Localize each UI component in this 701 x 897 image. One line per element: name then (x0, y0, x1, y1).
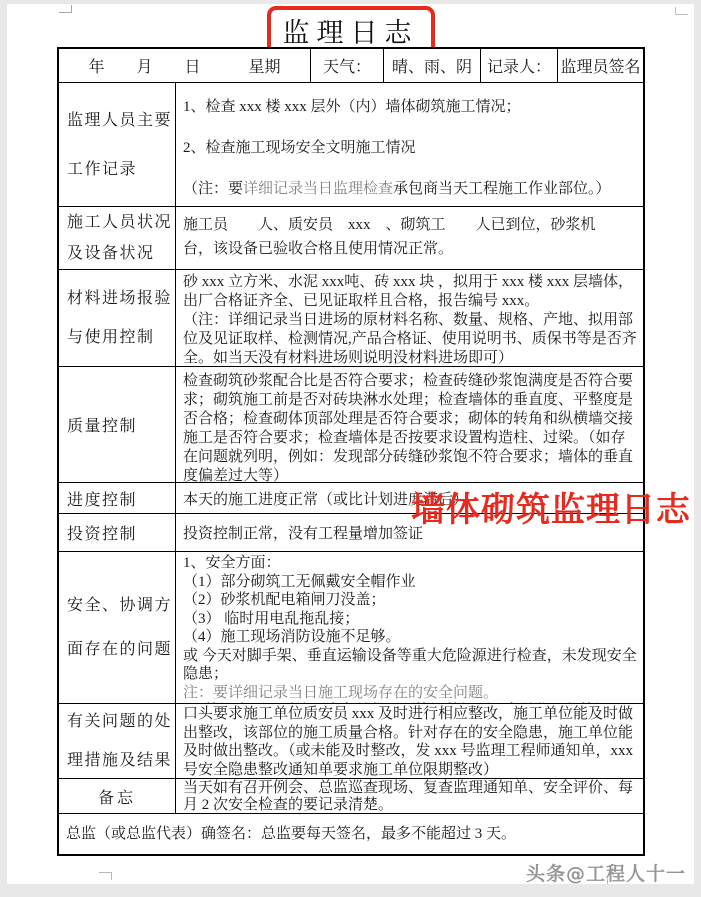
row-label-line: 安全、协调方 (67, 584, 175, 628)
row-content: 砂 xxx 立方米、水泥 xxx吨、砖 xxx 块 ，拟用于 xxx 楼 xxx… (176, 270, 643, 366)
row-content: 1、安全方面： （1）部分砌筑工无佩戴安全帽作业 （2）砂浆机配电箱闸刀没盖； … (176, 552, 643, 703)
materials-text: 砂 xxx 立方米、水泥 xxx吨、砖 xxx 块 ，拟用于 xxx 楼 xxx… (183, 274, 633, 309)
safety-line: （2）砂浆机配电箱闸刀没盖； (183, 591, 638, 610)
safety-line: 2、协调方面：对施工中各单位需要协调的问题，各单位已经协调一致。 (183, 702, 638, 703)
row-label-line: 有关问题的处 (67, 704, 175, 741)
recorder-label-cell: 记录人： (481, 49, 558, 82)
record-item: 1、检查 xxx 楼 xxx 层外（内）墙体砌筑施工情况； (183, 85, 638, 126)
safety-line: 1、安全方面： (183, 554, 638, 573)
weather-value-cell: 晴、雨、阴 (384, 49, 481, 82)
row-label-line: 面存在的问题 (67, 628, 175, 672)
safety-line: （4）施工现场消防设施不足够。 (183, 628, 638, 647)
table-row-supervisor-record: 监理人员主要 工作记录 1、检查 xxx 楼 xxx 层外（内）墙体砌筑施工情况… (59, 83, 643, 207)
record-note: （注：要详细记录当日监理检查承包商当天工程施工作业部位。） (183, 167, 638, 206)
safety-note-gray: 注：要详细记录当日施工现场存在的安全问题。 (183, 684, 638, 703)
page-title: 监理日志 (283, 18, 419, 48)
row-label-line: 工作记录 (67, 145, 175, 194)
table-row-measures-results: 有关问题的处 理措施及结果 口头要求施工单位质安员 xxx 及时进行相应整改，施… (59, 704, 643, 779)
row-label: 有关问题的处 理措施及结果 (59, 704, 176, 778)
supervision-log-table: 年 月 日 星期 天气： 晴、雨、阴 记录人： 监理员签名 监理人员主要 工作记… (57, 47, 645, 856)
safety-line: （3） 临时用电乱拖乱接； (183, 610, 638, 629)
page-margin-mark (99, 872, 112, 880)
record-item: 2、检查施工现场安全文明施工情况 (183, 126, 638, 167)
row-label-line: 与使用控制 (67, 318, 175, 357)
table-row-date-weather: 年 月 日 星期 天气： 晴、雨、阴 记录人： 监理员签名 (59, 49, 643, 83)
note-text: （注：要 (183, 177, 243, 198)
table-row-personnel-equipment: 施工人员状况 及设备状况 施工员 人、质安员 xxx 、砌筑工 人已到位，砂浆机… (59, 207, 643, 270)
row-label-line: 及设备状况 (67, 238, 175, 269)
row-label: 投资控制 (59, 514, 176, 551)
row-content: 口头要求施工单位质安员 xxx 及时进行相应整改，施工单位能及时做出整改，该部位… (176, 704, 643, 778)
row-content: 总监（或总监代表）确签名：总监要每天签名，最多不能超过 3 天。 (59, 814, 643, 854)
document-page: 监理日志 年 月 日 星期 天气： 晴、雨、阴 记录人： 监理员签名 监理人员主… (7, 4, 694, 884)
row-content: 施工员 人、质安员 xxx 、砌筑工 人已到位，砂浆机 台，该设备已验收合格且使… (176, 207, 643, 269)
row-content: 1、检查 xxx 楼 xxx 层外（内）墙体砌筑施工情况； 2、检查施工现场安全… (176, 83, 643, 206)
note-text: 承包商当天工程施工作业部位。） (393, 177, 611, 198)
table-row-safety-coordination: 安全、协调方 面存在的问题 1、安全方面： （1）部分砌筑工无佩戴安全帽作业 （… (59, 552, 643, 704)
note-text-gray: 详细记录当日监理检查 (243, 177, 393, 198)
row-label: 施工人员状况 及设备状况 (59, 207, 176, 269)
footer-credit: 头条@工程人十一 (526, 859, 686, 886)
row-label-line: 监理人员主要 (67, 96, 175, 145)
row-label: 进度控制 (59, 483, 176, 513)
table-row-materials: 材料进场报验 与使用控制 砂 xxx 立方米、水泥 xxx吨、砖 xxx 块 ，… (59, 270, 643, 367)
row-label-line: 施工人员状况 (67, 207, 175, 238)
weather-label-cell: 天气： (311, 49, 384, 82)
row-label: 安全、协调方 面存在的问题 (59, 552, 176, 703)
date-cell: 年 月 日 星期 (59, 49, 311, 82)
materials-note: （注：详细记录当日进场的原材料名称、数量、规格、产地、拟用部位及见证取样、检测情… (183, 312, 637, 366)
table-row-memo: 备忘 当天如有召开例会、总监巡查现场、复查监理通知单、安全评价、每月 2 次安全… (59, 779, 643, 814)
row-content: 当天如有召开例会、总监巡查现场、复查监理通知单、安全评价、每月 2 次安全检查的… (176, 779, 643, 813)
recorder-signature-cell: 监理员签名 (558, 49, 643, 82)
row-label-line: 材料进场报验 (67, 279, 175, 318)
row-label: 质量控制 (59, 367, 176, 482)
row-label-line: 理措施及结果 (67, 741, 175, 779)
row-content: 检查砌筑砂浆配合比是否符合要求；检查砖缝砂浆饱满度是否符合要求；砌筑施工前是否对… (176, 367, 643, 482)
row-label: 材料进场报验 与使用控制 (59, 270, 176, 366)
safety-line: 或 今天对脚手架、垂直运输设备等重大危险源进行检查，未发现安全隐患； (183, 647, 638, 684)
table-row-chief-signature: 总监（或总监代表）确签名：总监要每天签名，最多不能超过 3 天。 (59, 814, 643, 854)
row-label: 备忘 (59, 779, 176, 813)
row-label: 监理人员主要 工作记录 (59, 83, 176, 206)
table-row-quality-control: 质量控制 检查砌筑砂浆配合比是否符合要求；检查砖缝砂浆饱满度是否符合要求；砌筑施… (59, 367, 643, 483)
red-watermark-stamp: 墙体砌筑监理日志 (411, 482, 691, 531)
safety-line: （1）部分砌筑工无佩戴安全帽作业 (183, 573, 638, 592)
